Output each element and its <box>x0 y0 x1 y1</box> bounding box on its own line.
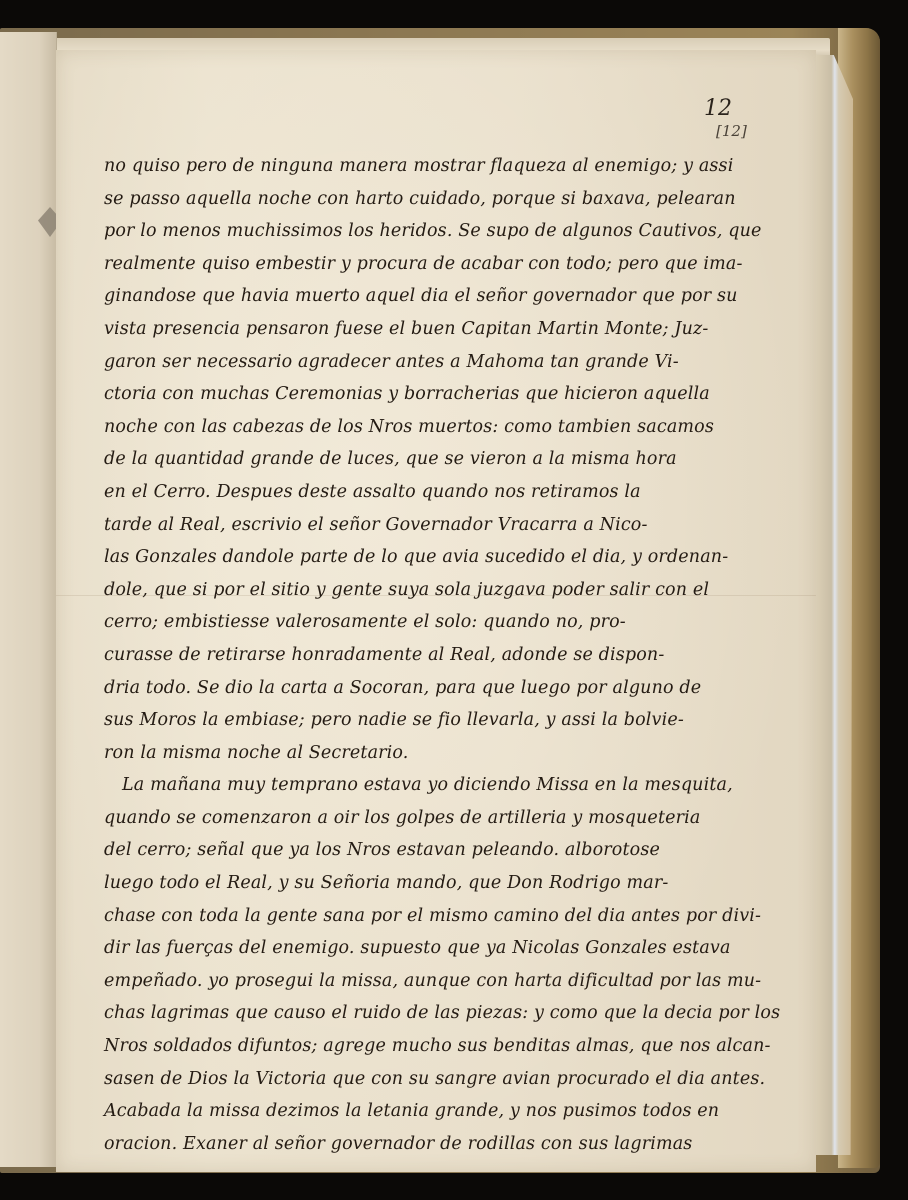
text-line: garon ser necessario agradecer antes a M… <box>104 346 714 379</box>
manuscript-text: no quiso pero de ninguna manera mostrar … <box>104 150 714 1160</box>
text-line: curasse de retirarse honradamente al Rea… <box>104 639 714 672</box>
text-line: no quiso pero de ninguna manera mostrar … <box>104 150 714 183</box>
text-line: del cerro; señal que ya los Nros estavan… <box>104 834 714 867</box>
text-line: sus Moros la embiase; pero nadie se fio … <box>104 704 714 737</box>
manuscript-leaf: 12 [12] no quiso pero de ninguna manera … <box>56 50 816 1172</box>
text-line: en el Cerro. Despues deste assalto quand… <box>104 476 714 509</box>
text-line: chas lagrimas que causo el ruido de las … <box>104 997 714 1030</box>
manuscript-scan: 12 [12] no quiso pero de ninguna manera … <box>0 0 908 1200</box>
text-line: chase con toda la gente sana por el mism… <box>104 900 714 933</box>
text-line: Acabada la missa dezimos la letania gran… <box>104 1095 714 1128</box>
text-line: dria todo. Se dio la carta a Socoran, pa… <box>104 672 714 705</box>
text-line: quando se comenzaron a oir los golpes de… <box>104 802 714 835</box>
text-line: las Gonzales dandole parte de lo que avi… <box>104 541 714 574</box>
text-line: oracion. Exaner al señor governador de r… <box>104 1128 714 1161</box>
text-line: empeñado. yo prosegui la missa, aunque c… <box>104 965 714 998</box>
text-line: vista presencia pensaron fuese el buen C… <box>104 313 714 346</box>
text-line: por lo menos muchissimos los heridos. Se… <box>104 215 714 248</box>
text-line: luego todo el Real, y su Señoria mando, … <box>104 867 714 900</box>
text-line: cerro; embistiesse valerosamente el solo… <box>104 606 714 639</box>
previous-leaf <box>0 32 57 1167</box>
text-line: se passo aquella noche con harto cuidado… <box>104 183 714 216</box>
text-line: sasen de Dios la Victoria que con su san… <box>104 1063 714 1096</box>
text-line: realmente quiso embestir y procura de ac… <box>104 248 714 281</box>
text-line: ron la misma noche al Secretario. <box>104 737 714 770</box>
text-line: ctoria con muchas Ceremonias y borracher… <box>104 378 714 411</box>
text-line: tarde al Real, escrivio el señor Governa… <box>104 509 714 542</box>
text-line: de la quantidad grande de luces, que se … <box>104 443 714 476</box>
text-line: ginandose que havia muerto aquel dia el … <box>104 280 714 313</box>
text-line: dole, que si por el sitio y gente suya s… <box>104 574 714 607</box>
text-line: dir las fuerças del enemigo. supuesto qu… <box>104 932 714 965</box>
folio-number-bracketed: [12] <box>716 122 747 140</box>
paragraph-start-line: La mañana muy temprano estava yo diciend… <box>104 769 714 802</box>
text-line: noche con las cabezas de los Nros muerto… <box>104 411 714 444</box>
text-line: Nros soldados difuntos; agrege mucho sus… <box>104 1030 714 1063</box>
folio-number: 12 <box>704 96 732 121</box>
